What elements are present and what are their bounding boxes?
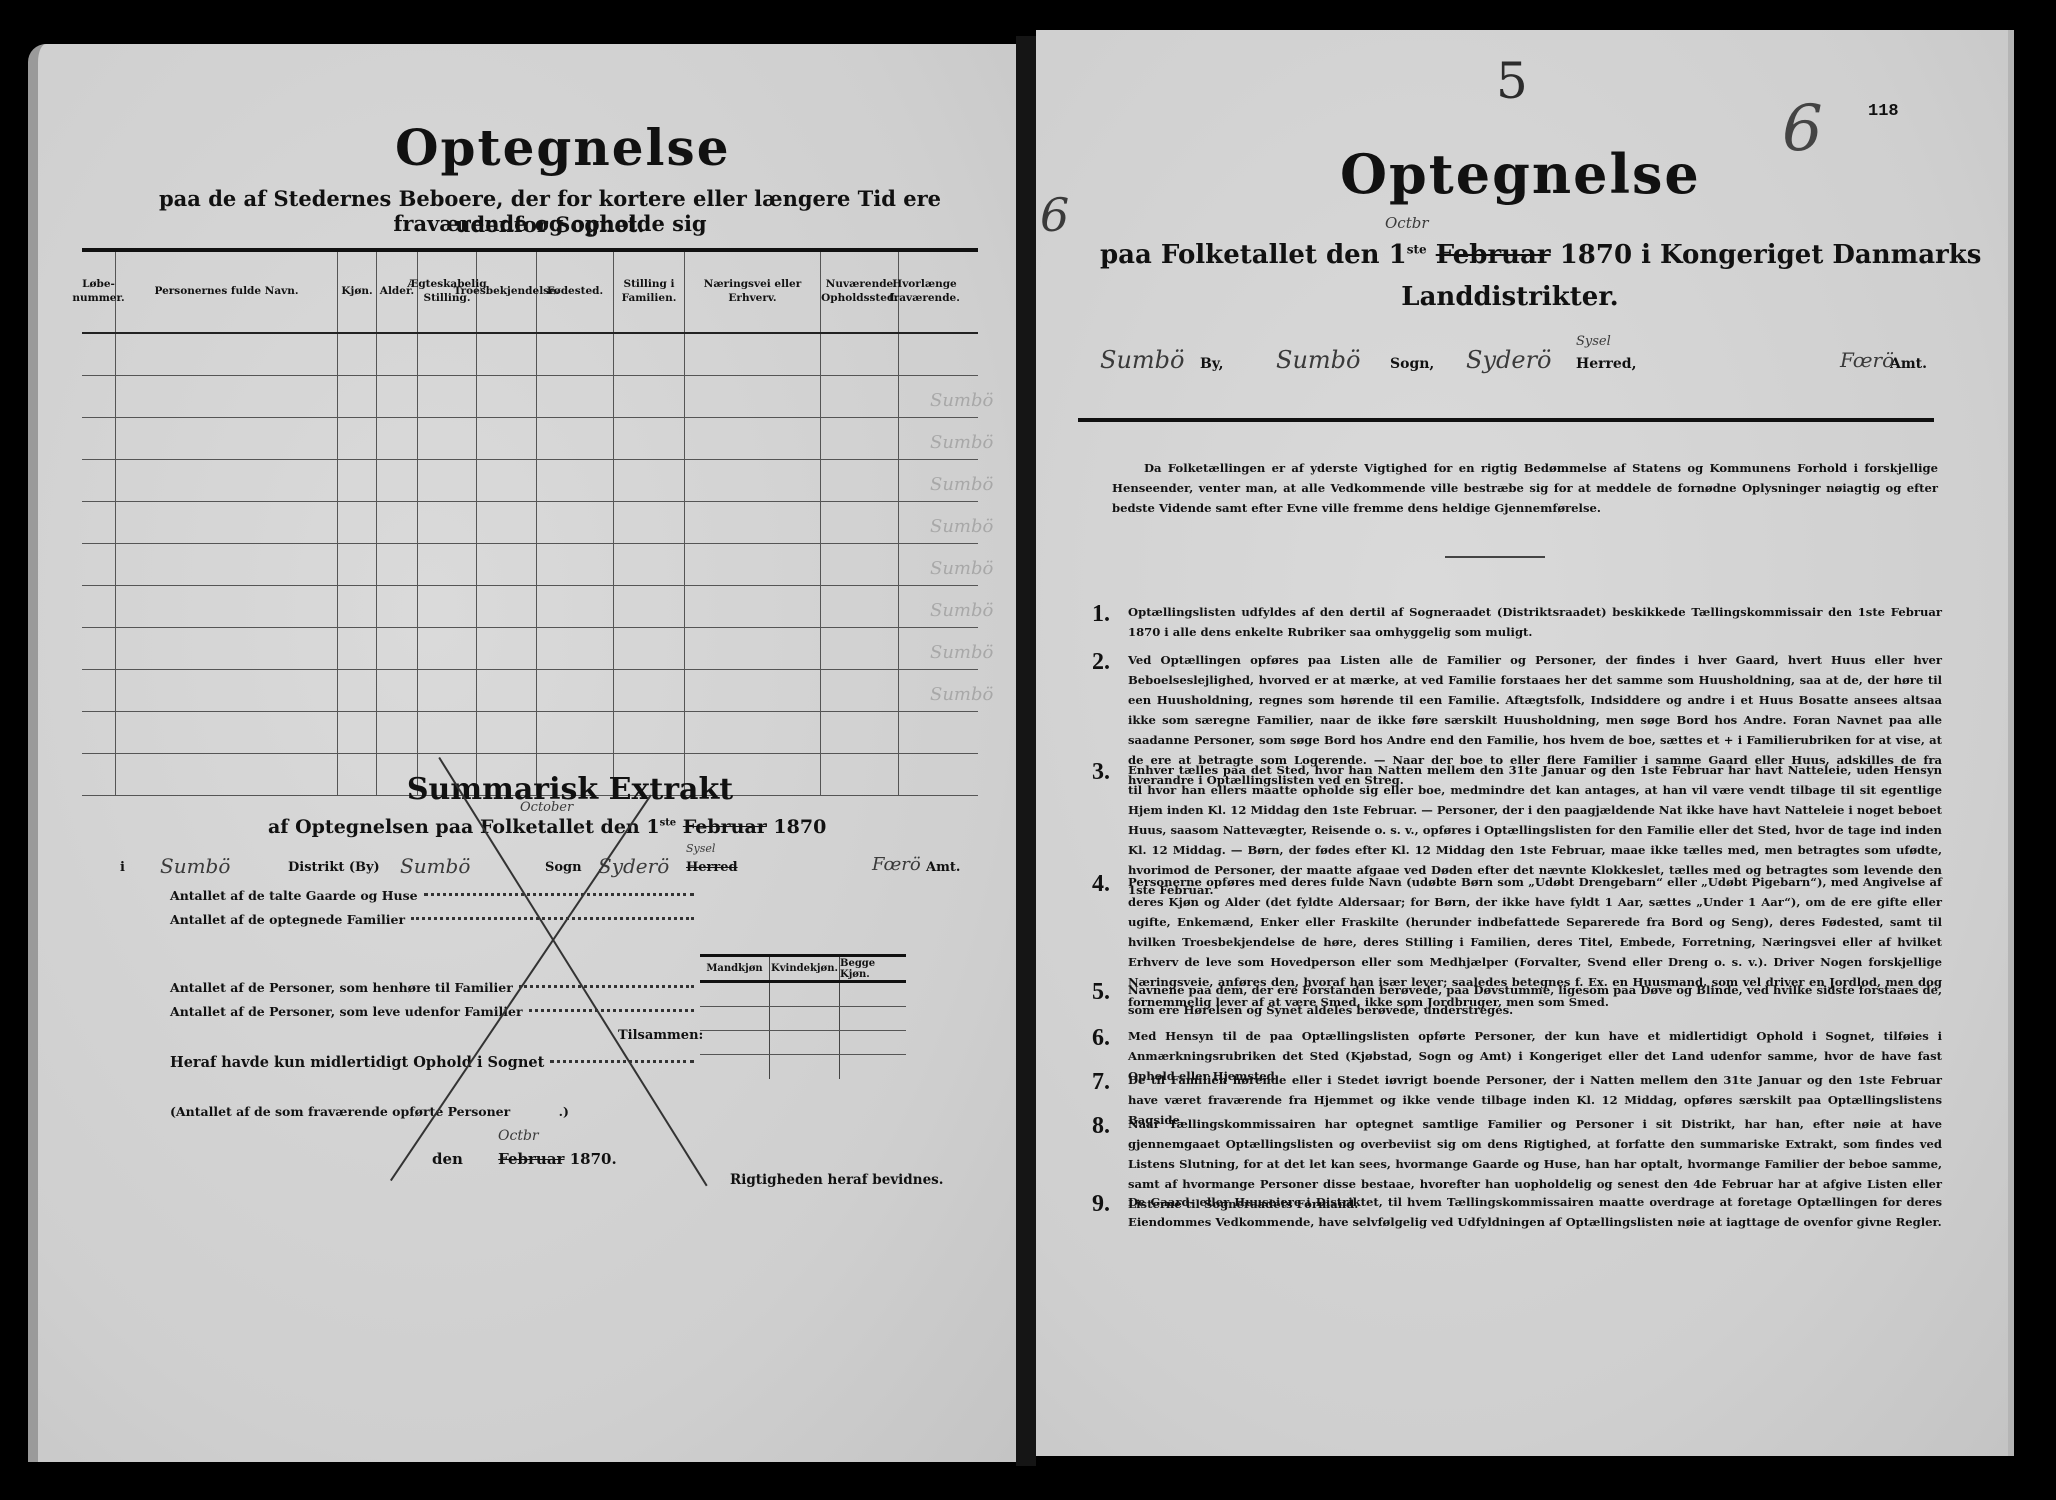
table-cell (418, 544, 477, 585)
table-cell (377, 544, 418, 585)
date-month-handwritten: Octbr (498, 1128, 539, 1144)
table-header-row: Løbe-nummer. Personernes fulde Navn. Kjø… (82, 252, 978, 334)
table-cell (821, 418, 899, 459)
summary-district-line: i Sumbö Distrikt (By) Sumbö Sogn Syderö … (120, 856, 980, 882)
table-row (82, 376, 978, 418)
col-header-hvorlaenge: Hvorlænge fraværende. (899, 252, 950, 332)
intro-paragraph: Da Folketællingen er af yderste Vigtighe… (1112, 458, 1938, 518)
subtitle-month-struck: Februar (1436, 240, 1551, 270)
table-cell (338, 628, 377, 669)
table-cell (82, 376, 116, 417)
date-prefix: den (432, 1150, 463, 1168)
certify-text: Rigtigheden heraf bevidnes. (730, 1172, 943, 1188)
table-cell (477, 544, 537, 585)
table-cell (537, 670, 614, 711)
col-header-opholdssted: Nuværende Opholdssted. (821, 252, 899, 332)
rule-5: 5.Navnene paa dem, der ere Forstanden be… (1092, 980, 1942, 1020)
table-cell (338, 586, 377, 627)
by-label: By, (1200, 356, 1224, 372)
location-line: Sumbö By, Sumbö Sogn, Syderö Sysel Herre… (1100, 346, 1930, 386)
table-cell (821, 460, 899, 501)
sogn-label: Sogn (545, 860, 582, 875)
table-cell (377, 418, 418, 459)
table-cell (116, 544, 338, 585)
table-cell (418, 460, 477, 501)
persons-in-families-label: Antallet af de Personer, som henhøre til… (170, 980, 513, 995)
col-header-troesbekjendelse: Troesbekjendelse. (477, 252, 537, 332)
district-label: Distrikt (By) (288, 860, 380, 875)
summary-line-familier: Antallet af de optegnede Familier (170, 912, 700, 927)
summary-date-line: den Februar 1870. (432, 1150, 617, 1168)
table-cell (477, 376, 537, 417)
district-prefix: i (120, 860, 125, 875)
table-cell (377, 460, 418, 501)
sex-table-row (700, 983, 906, 1007)
table-cell (377, 712, 418, 753)
rule-1: 1.Optællingslisten udfyldes af den derti… (1092, 602, 1942, 642)
table-cell (537, 376, 614, 417)
table-row (82, 334, 978, 376)
table-cell (418, 376, 477, 417)
summary-line-persons-in-families: Antallet af de Personer, som henhøre til… (170, 980, 700, 995)
table-cell (338, 544, 377, 585)
table-cell (116, 502, 338, 543)
table-cell (477, 460, 537, 501)
absent-count-close: .) (559, 1104, 569, 1119)
sogn-handwritten: Sumbö (400, 854, 470, 878)
sex-table-row (700, 1007, 906, 1031)
amt-label: Amt. (926, 860, 960, 875)
table-cell (338, 418, 377, 459)
table-cell (116, 670, 338, 711)
rule-number: 1. (1092, 602, 1128, 642)
table-cell (116, 460, 338, 501)
summary-line-familier-label: Antallet af de optegnede Familier (170, 912, 405, 927)
herred-label: Herred (686, 860, 738, 875)
page-number: 118 (1868, 102, 1899, 121)
table-row (82, 586, 978, 628)
bleed-through-handwriting: SumböSumböSumböSumböSumböSumböSumböSumbö (930, 380, 990, 716)
left-page-title: Optegnelse (395, 118, 665, 177)
table-cell (82, 502, 116, 543)
table-cell (685, 502, 821, 543)
amt-label: Amt. (1890, 356, 1927, 372)
table-cell (338, 712, 377, 753)
table-cell (537, 712, 614, 753)
table-cell (477, 418, 537, 459)
temporary-label: Heraf havde kun midlertidigt Ophold i So… (170, 1054, 544, 1071)
table-cell (614, 418, 685, 459)
subtitle-sup: ste (1407, 242, 1427, 256)
table-cell (82, 418, 116, 459)
table-cell (116, 712, 338, 753)
date-year: 1870. (570, 1150, 617, 1168)
table-cell (116, 334, 338, 375)
absent-count-label: (Antallet af de som fraværende opførte P… (170, 1104, 510, 1119)
table-cell (899, 754, 950, 795)
table-cell (338, 460, 377, 501)
summary-year: 1870 (773, 816, 826, 838)
table-row (82, 628, 978, 670)
summary-line-gaarde: Antallet af de talte Gaarde og Huse (170, 888, 700, 903)
table-cell (537, 502, 614, 543)
absent-persons-table: Løbe-nummer. Personernes fulde Navn. Kjø… (82, 248, 978, 796)
col-header-lobenummer: Løbe-nummer. (82, 252, 116, 332)
amt-handwritten: Fœrö (872, 854, 921, 875)
table-row (82, 460, 978, 502)
table-cell (418, 334, 477, 375)
table-cell (377, 628, 418, 669)
table-cell (614, 586, 685, 627)
col-mandkjon: Mandkjøn (700, 957, 770, 980)
table-cell (685, 418, 821, 459)
table-cell (685, 628, 821, 669)
summary-line-temporary: Heraf havde kun midlertidigt Ophold i So… (170, 1054, 700, 1071)
table-cell (116, 586, 338, 627)
table-cell (338, 502, 377, 543)
rule-number: 5. (1092, 980, 1128, 1020)
table-cell (82, 460, 116, 501)
table-cell (338, 670, 377, 711)
table-row (82, 544, 978, 586)
summary-subtitle-sup: ste (660, 818, 677, 829)
table-cell (537, 544, 614, 585)
table-cell (614, 460, 685, 501)
col-header-kjon: Kjøn. (338, 252, 377, 332)
col-header-navn: Personernes fulde Navn. (116, 252, 338, 332)
table-cell (821, 670, 899, 711)
table-cell (685, 712, 821, 753)
table-row (82, 502, 978, 544)
table-cell (116, 376, 338, 417)
table-cell (377, 376, 418, 417)
table-cell (821, 586, 899, 627)
table-cell (418, 586, 477, 627)
heavy-divider (1078, 418, 1934, 422)
district-handwritten: Sumbö (160, 854, 230, 878)
table-cell (899, 712, 950, 753)
table-cell (82, 754, 116, 795)
table-cell (477, 670, 537, 711)
table-cell (821, 754, 899, 795)
date-month-struck: Februar (498, 1150, 564, 1168)
table-cell (685, 334, 821, 375)
table-cell (82, 334, 116, 375)
herred-label: Herred, (1576, 356, 1636, 372)
col-header-stilling: Stilling i Familien. (614, 252, 685, 332)
table-cell (477, 712, 537, 753)
table-cell (338, 334, 377, 375)
table-cell (821, 334, 899, 375)
right-page-subtitle: paa Folketallet den 1ste Februar 1870 i … (1100, 240, 1930, 270)
short-divider (1445, 556, 1545, 558)
table-row (82, 418, 978, 460)
table-cell (614, 712, 685, 753)
table-cell (685, 376, 821, 417)
table-cell (377, 502, 418, 543)
table-body (82, 334, 978, 796)
table-cell (477, 586, 537, 627)
rule-text: Navnene paa dem, der ere Forstanden berø… (1128, 980, 1942, 1020)
table-cell (821, 502, 899, 543)
table-cell (418, 712, 477, 753)
table-cell (116, 754, 338, 795)
table-cell (685, 670, 821, 711)
rule-number: 9. (1092, 1192, 1128, 1232)
subtitle-suffix: 1870 i Kongeriget Danmarks (1560, 240, 1982, 270)
sogn-handwritten: Sumbö (1276, 346, 1360, 374)
table-cell (537, 334, 614, 375)
herred-handwritten: Syderö (1466, 346, 1552, 374)
table-cell (377, 334, 418, 375)
sex-table-row (700, 1055, 906, 1079)
table-cell (537, 586, 614, 627)
table-row (82, 712, 978, 754)
rule-text: De Gaard- eller Huuseiere i Distriktet, … (1128, 1192, 1942, 1232)
table-cell (685, 544, 821, 585)
table-cell (418, 418, 477, 459)
table-cell (685, 586, 821, 627)
summary-subtitle: af Optegnelsen paa Folketallet den 1ste … (268, 816, 808, 838)
table-cell (614, 502, 685, 543)
total-label: Tilsammen: (618, 1028, 703, 1043)
table-cell (537, 460, 614, 501)
table-cell (614, 376, 685, 417)
table-cell (116, 628, 338, 669)
table-cell (477, 502, 537, 543)
table-cell (614, 628, 685, 669)
sex-table-row (700, 1031, 906, 1055)
table-cell (477, 628, 537, 669)
table-cell (338, 376, 377, 417)
table-cell (82, 586, 116, 627)
table-cell (821, 544, 899, 585)
table-cell (377, 670, 418, 711)
table-cell (537, 418, 614, 459)
by-handwritten: Sumbö (1100, 346, 1184, 374)
herred-over-handwritten: Sysel (1576, 334, 1611, 349)
summary-month-struck: Februar (683, 816, 767, 838)
sogn-label: Sogn, (1390, 356, 1434, 372)
table-cell (82, 628, 116, 669)
handwritten-number-6-left: 6 (1040, 188, 1069, 242)
handwritten-number-6-right: 6 (1782, 92, 1823, 166)
table-cell (82, 712, 116, 753)
book-gutter (1016, 36, 1036, 1466)
summary-month-handwritten: October (520, 800, 573, 815)
right-page-title: Optegnelse (1340, 142, 1680, 206)
amt-handwritten: Fœrö (1840, 348, 1894, 372)
table-cell (477, 334, 537, 375)
summary-subtitle-prefix: af Optegnelsen paa Folketallet den 1 (268, 816, 660, 838)
table-cell (537, 628, 614, 669)
table-cell (614, 670, 685, 711)
table-cell (82, 670, 116, 711)
persons-outside-families-label: Antallet af de Personer, som leve udenfo… (170, 1004, 523, 1019)
table-cell (116, 418, 338, 459)
rule-text: Optællingslisten udfyldes af den dertil … (1128, 602, 1942, 642)
herred-over-handwritten: Sysel (686, 842, 715, 855)
right-page-subtitle-line2: Landdistrikter. (1340, 282, 1680, 312)
table-row (82, 670, 978, 712)
col-header-fodested: Fødested. (537, 252, 614, 332)
left-page-subtitle-line2: udenfor Sognet. (120, 212, 980, 237)
table-cell (614, 334, 685, 375)
table-cell (899, 334, 950, 375)
summary-line-persons-outside-families: Antallet af de Personer, som leve udenfo… (170, 1004, 700, 1019)
rule-9: 9.De Gaard- eller Huuseiere i Distriktet… (1092, 1192, 1942, 1232)
sex-count-table: Mandkjøn Kvindekjøn. Begge Kjøn. (700, 954, 906, 1079)
table-cell (418, 670, 477, 711)
table-cell (614, 544, 685, 585)
summary-line-gaarde-label: Antallet af de talte Gaarde og Huse (170, 888, 418, 903)
table-cell (821, 712, 899, 753)
table-cell (418, 502, 477, 543)
table-cell (82, 544, 116, 585)
table-cell (377, 586, 418, 627)
table-cell (821, 376, 899, 417)
handwritten-number-5: 5 (1496, 52, 1528, 110)
col-begge-kjon: Begge Kjøn. (840, 957, 906, 980)
table-cell (685, 460, 821, 501)
col-header-naeringsvei: Næringsvei eller Erhverv. (685, 252, 821, 332)
subtitle-month-handwritten: Octbr (1385, 214, 1429, 232)
table-cell (418, 628, 477, 669)
absent-count-line: (Antallet af de som fraværende opførte P… (170, 1104, 569, 1119)
subtitle-prefix: paa Folketallet den 1 (1100, 240, 1407, 270)
table-cell (821, 628, 899, 669)
col-kvindekjon: Kvindekjøn. (770, 957, 840, 980)
